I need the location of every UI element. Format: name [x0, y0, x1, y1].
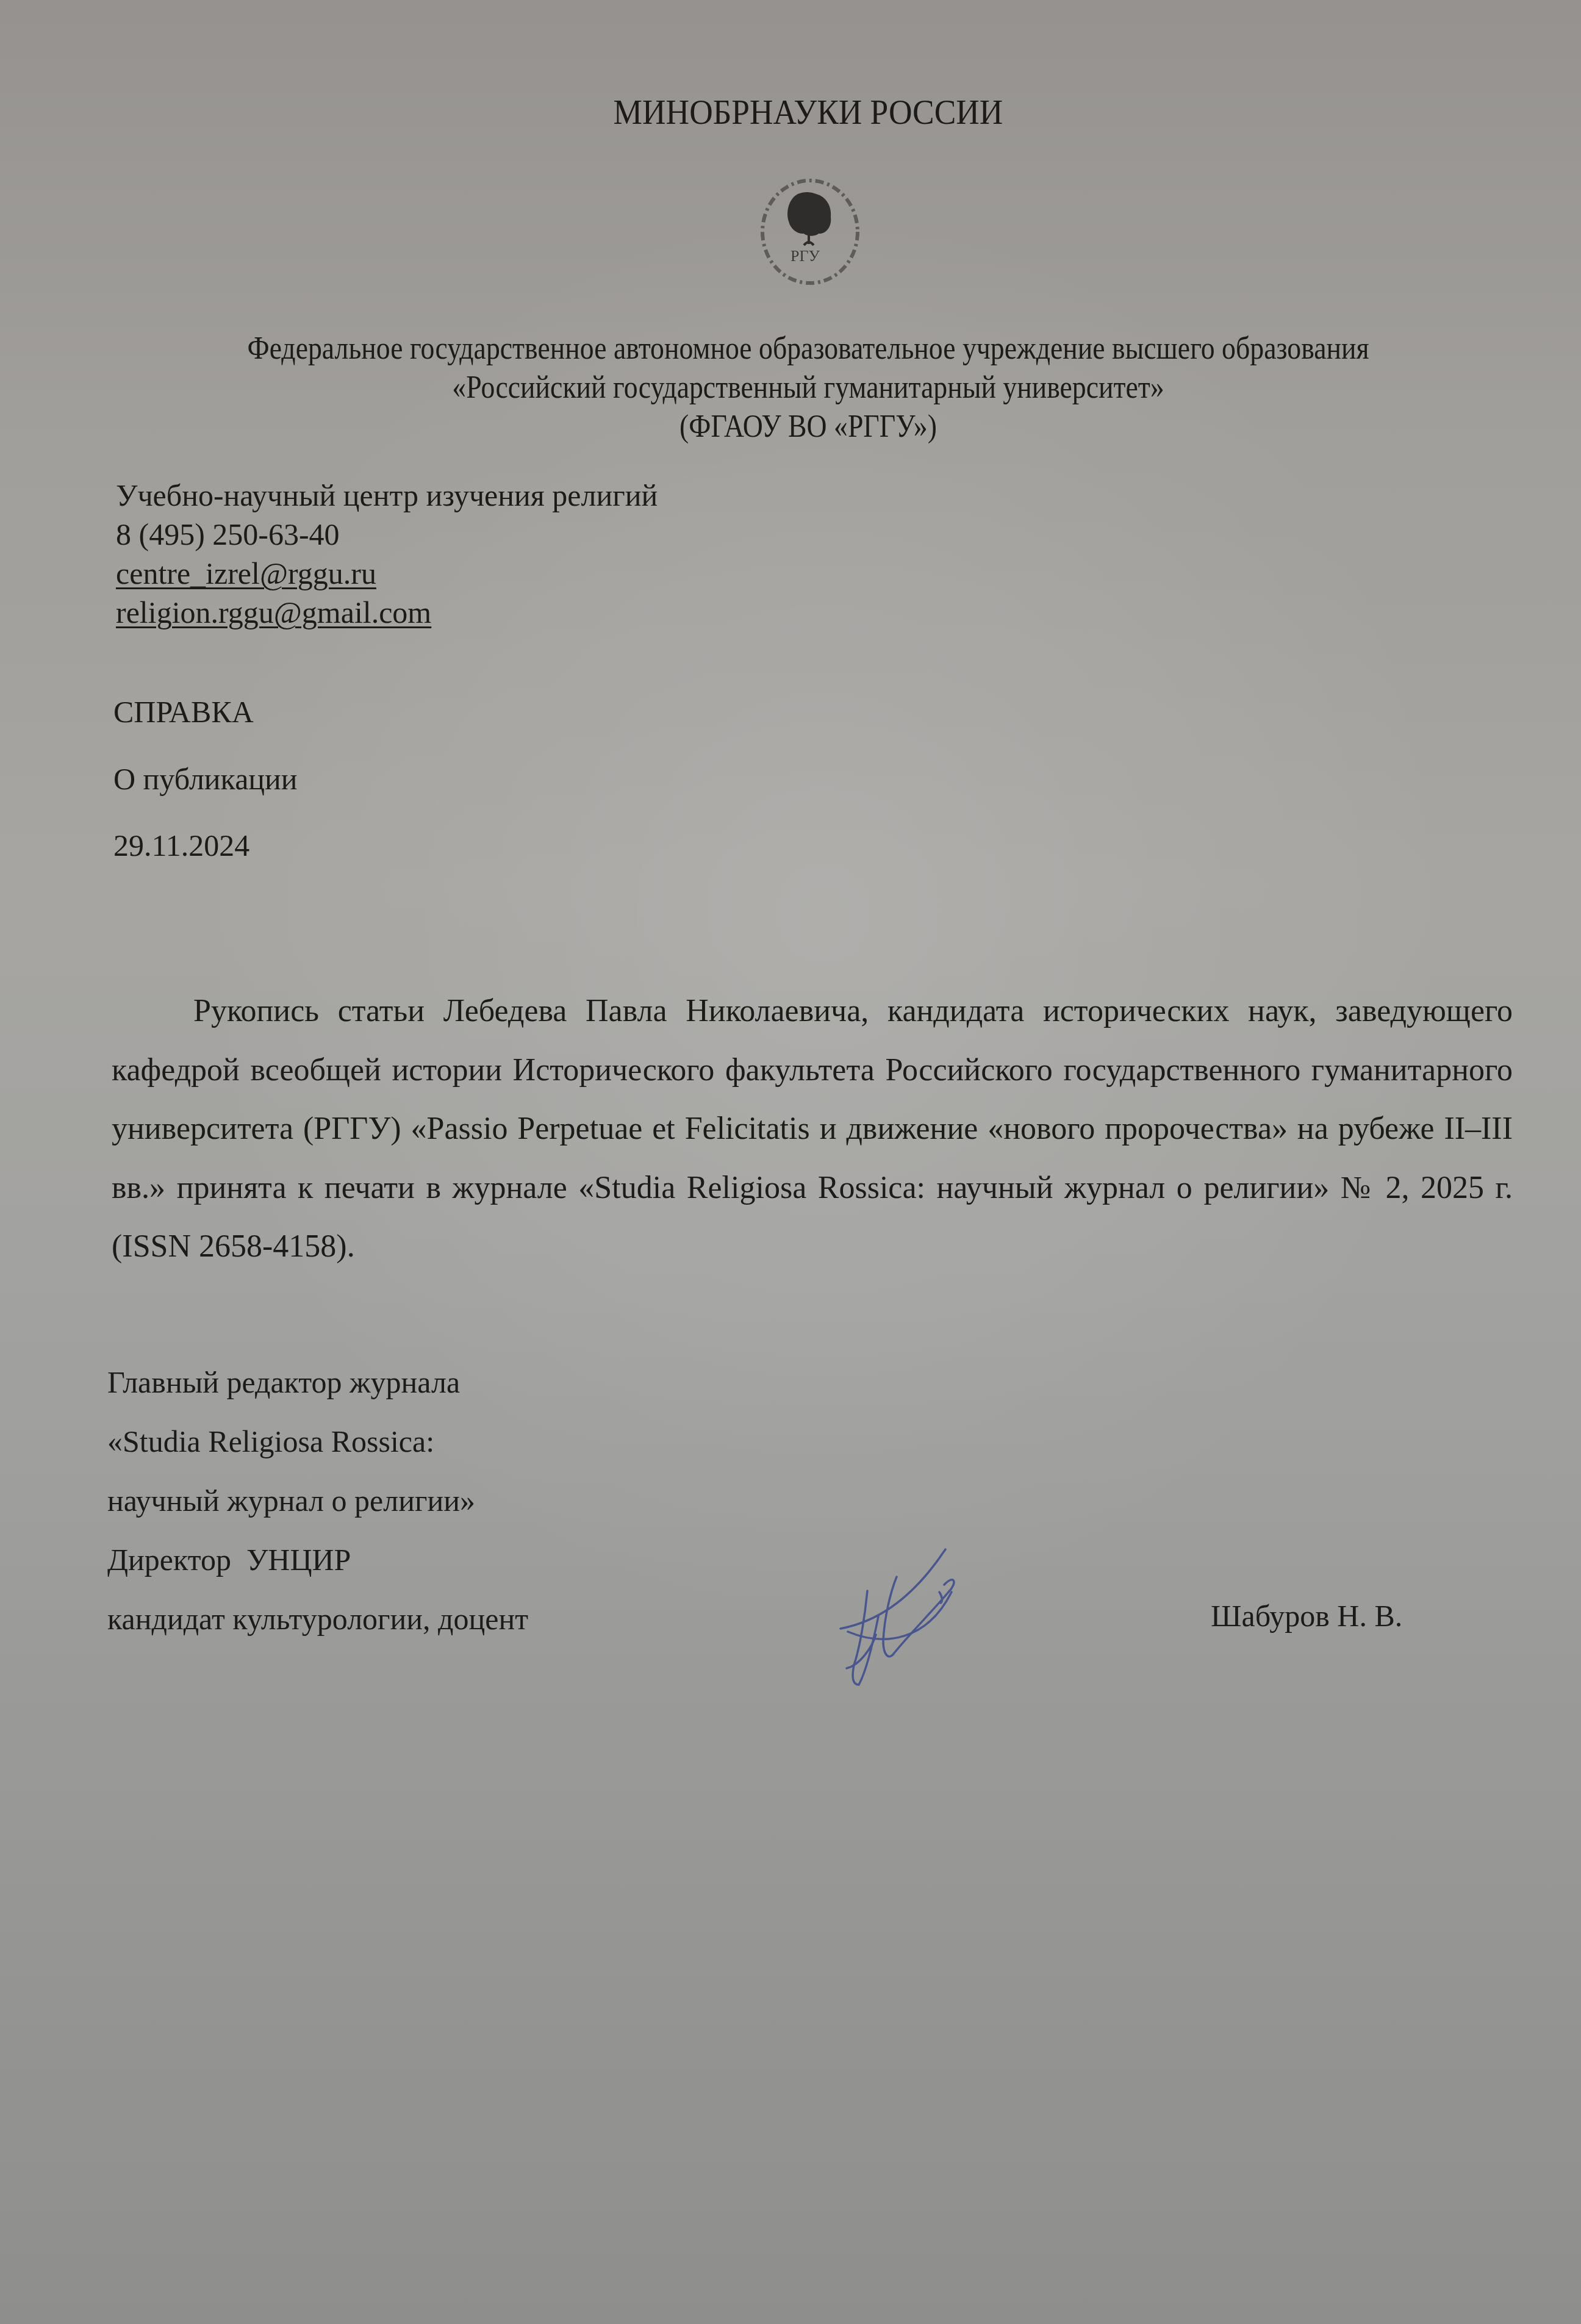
document-page: МИНОБРНАУКИ РОССИИ РГУ Федеральное госуд… — [0, 0, 1581, 2324]
body-paragraph: Рукопись статьи Лебедева Павла Николаеви… — [112, 982, 1513, 1277]
document-type: СПРАВКА — [113, 694, 254, 730]
signatory-title-line: научный журнал о религии» — [107, 1471, 528, 1530]
document-subject: О публикации — [113, 761, 298, 797]
contact-block: Учебно-научный центр изучения религий 8 … — [116, 476, 658, 632]
document-date: 29.11.2024 — [113, 828, 249, 863]
organization-line-1: Федеральное государственное автономное о… — [97, 329, 1519, 368]
department-name: Учебно-научный центр изучения религий — [116, 476, 658, 515]
signatory-title-line: кандидат культурологии, доцент — [107, 1590, 528, 1649]
signatory-title: Главный редактор журнала «Studia Religio… — [107, 1353, 528, 1649]
organization-line-3: (ФГАОУ ВО «РГГУ») — [97, 407, 1519, 447]
signatory-title-line: «Studia Religiosa Rossica: — [107, 1412, 528, 1471]
email-link-gmail[interactable]: religion.rggu@gmail.com — [116, 595, 431, 629]
signatory-title-line: Главный редактор журнала — [107, 1353, 528, 1412]
body-text: Рукопись статьи Лебедева Павла Николаеви… — [112, 982, 1513, 1277]
organization-line-2: «Российский государственный гуманитарный… — [97, 368, 1519, 407]
phone-number: 8 (495) 250-63-40 — [116, 515, 658, 554]
organization-name: Федеральное государственное автономное о… — [97, 329, 1519, 447]
rggu-emblem-icon: РГУ — [755, 176, 865, 289]
svg-text:РГУ: РГУ — [790, 247, 820, 265]
signatory-title-line: Директор УНЦИР — [107, 1530, 528, 1590]
email-link-centre[interactable]: centre_izrel@rggu.ru — [116, 556, 376, 590]
handwritten-signature-icon — [836, 1525, 1092, 1696]
ministry-heading: МИНОБРНАУКИ РОССИИ — [65, 91, 1552, 132]
signer-name: Шабуров Н. В. — [1211, 1598, 1402, 1634]
